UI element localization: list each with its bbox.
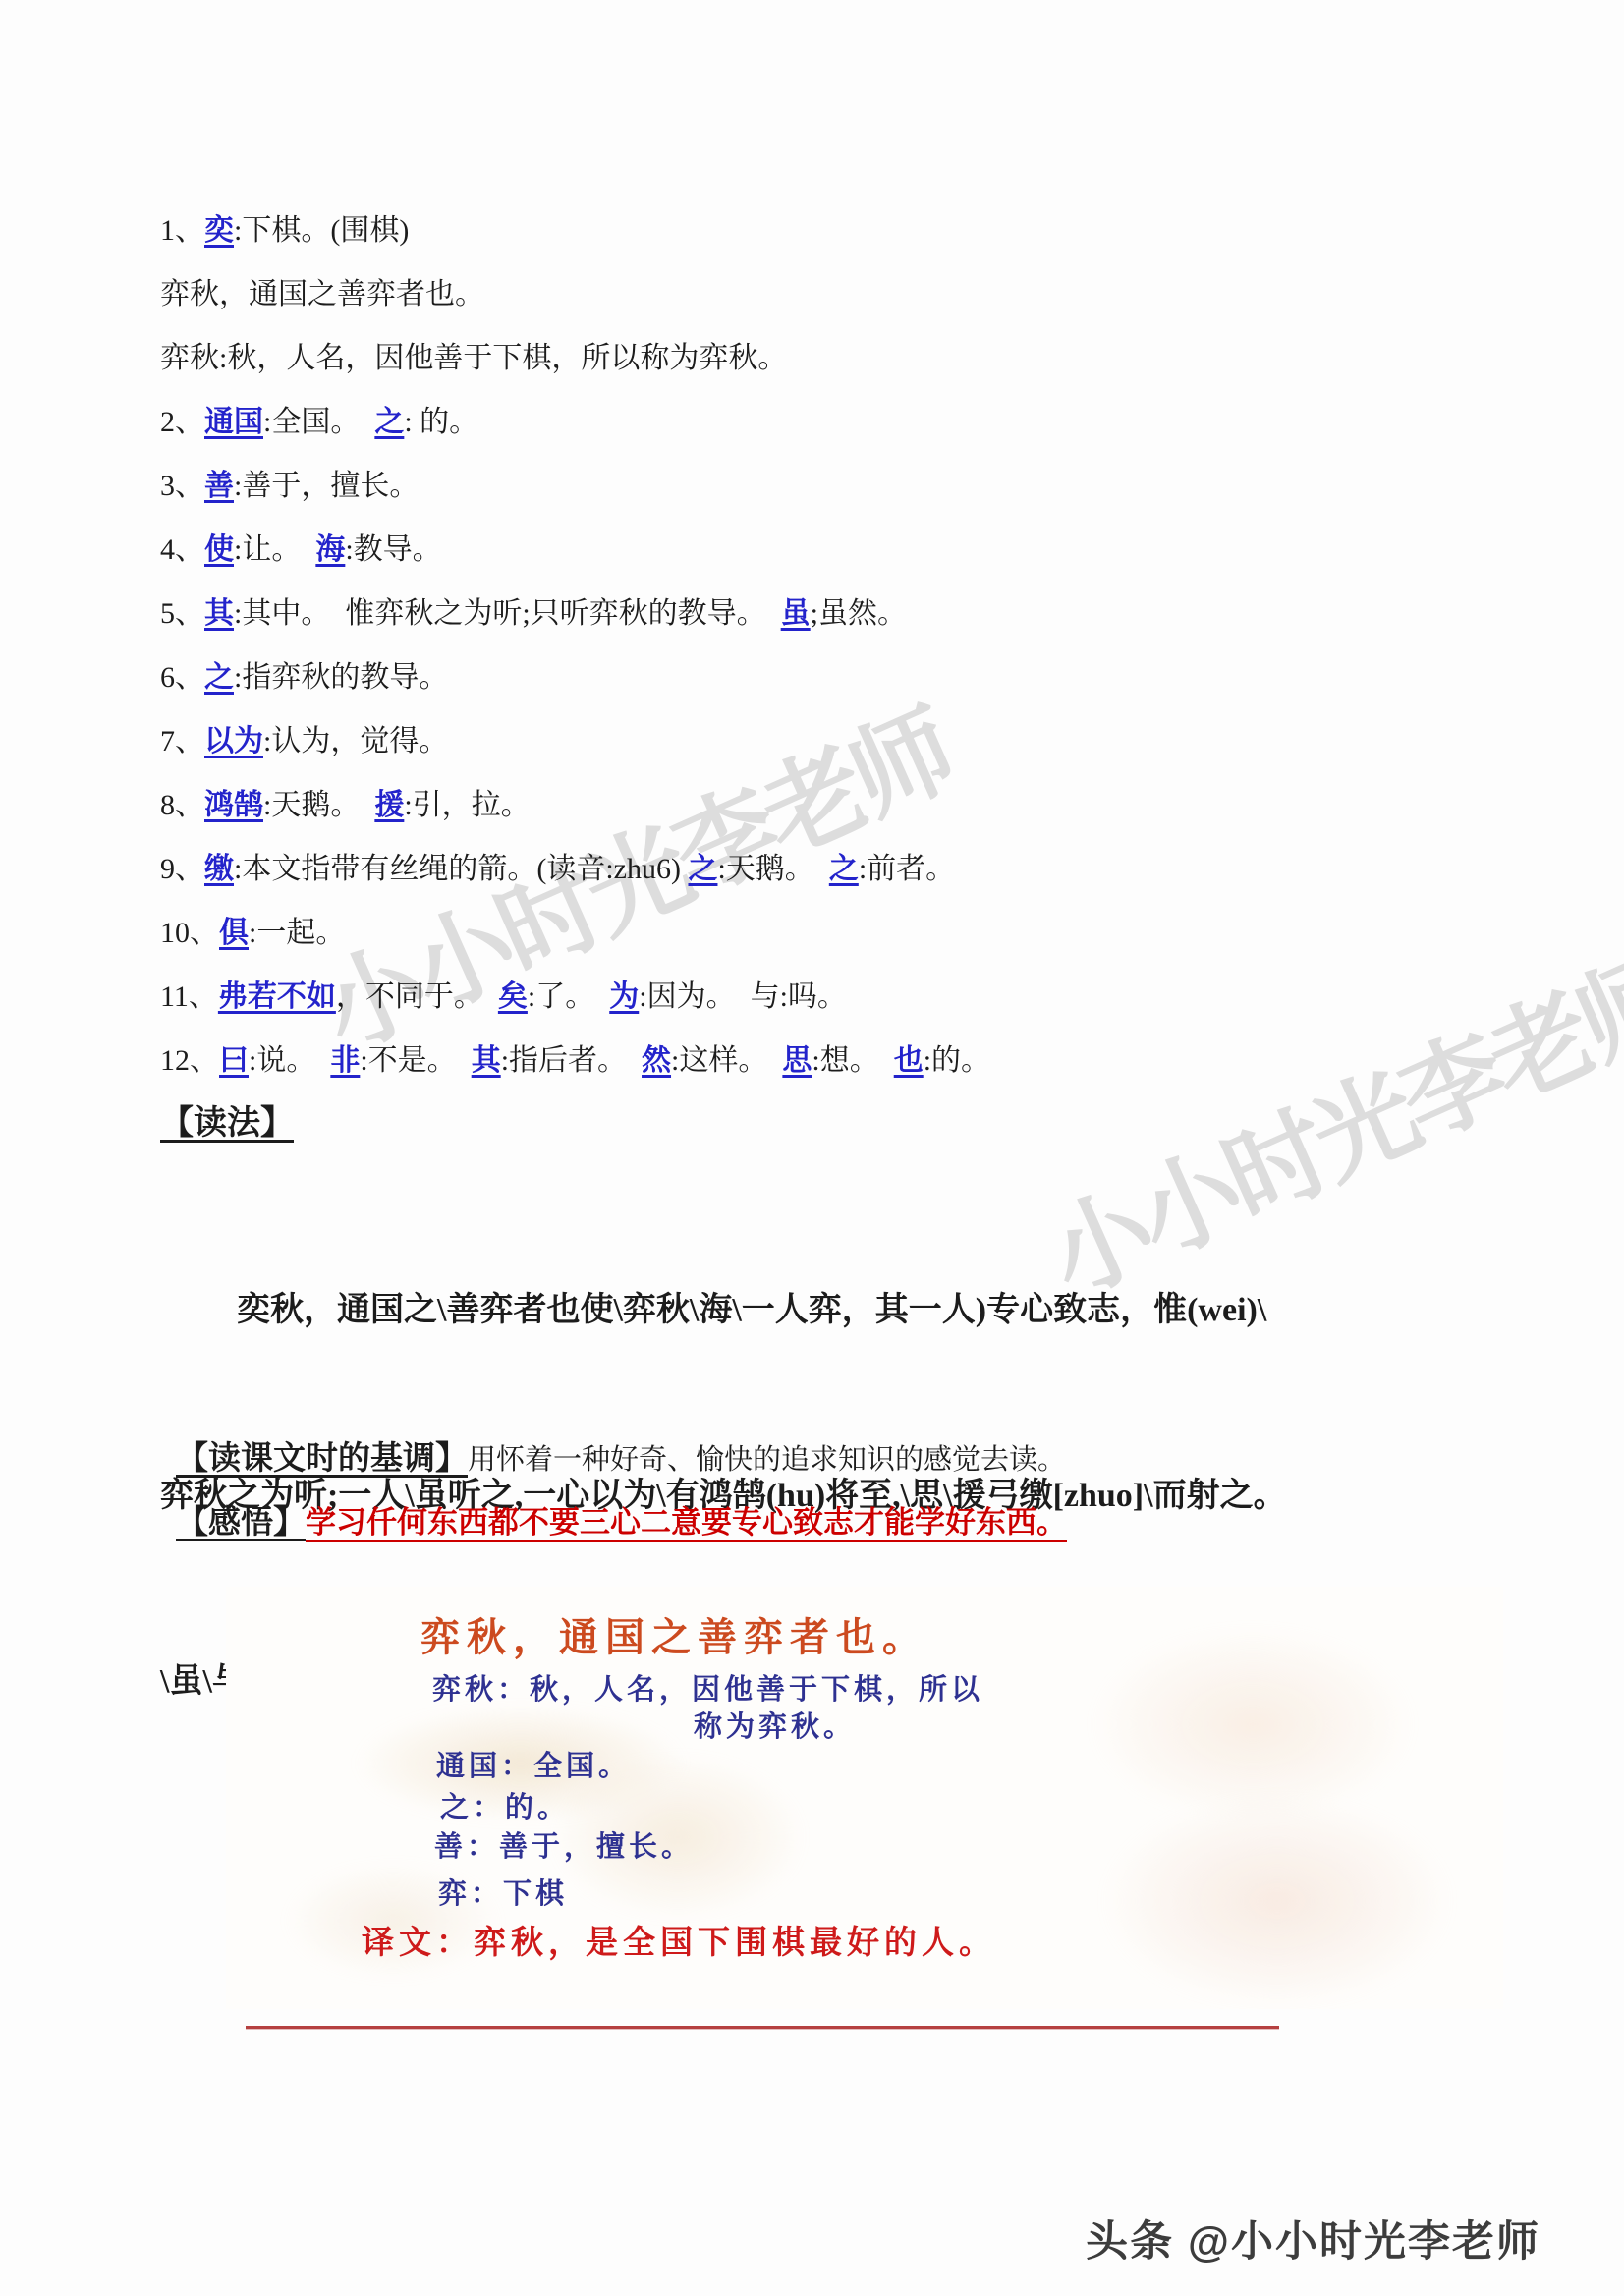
vocab-term: 鸿鹄 <box>204 780 263 823</box>
text-segment: 12、 <box>160 1036 219 1079</box>
vocab-term: 使 <box>204 525 234 568</box>
slide-note-line: 通国：全国。 <box>436 1744 631 1784</box>
vocab-term: 奕 <box>204 205 234 249</box>
text-segment: 2、 <box>160 397 204 440</box>
text-segment: ;虽然。 <box>811 588 907 632</box>
jidiao-label: 【读课文时的基调】 <box>176 1441 468 1477</box>
text-segment: :其中。 惟弈秋之为听;只听弈秋的教导。 <box>234 588 781 632</box>
vocab-line: 12、曰:说。 非:不是。 其:指后者。 然:这样。 思:想。 也:的。 <box>160 1025 1536 1089</box>
text-segment: :这样。 <box>671 1036 782 1079</box>
text-segment: 4、 <box>160 525 204 568</box>
text-segment: 9、 <box>160 844 204 887</box>
text-segment: 11、 <box>160 972 218 1015</box>
slide-note-line: 弈秋：秋，人名，因他善于下棋，所以 <box>432 1667 983 1708</box>
vocab-term: 俱 <box>219 908 249 951</box>
vocab-line: 10、俱:一起。 <box>160 897 1536 961</box>
vocab-line: 7、以为:认为，觉得。 <box>160 705 1536 769</box>
red-divider <box>246 2026 1279 2029</box>
text-segment: 弈秋，通国之善弈者也。 <box>160 269 484 312</box>
text-segment: :让。 <box>234 525 315 568</box>
vocab-line: 9、缴:本文指带有丝绳的箭。(读音:zhu6) 之:天鹅。 之:前者。 <box>160 833 1536 897</box>
vocab-term: 也 <box>894 1036 924 1079</box>
vocab-term: 以为 <box>204 716 263 759</box>
vocab-term: 通国 <box>204 397 263 440</box>
text-segment: :教导。 <box>345 525 441 568</box>
text-segment: :善于，擅长。 <box>234 461 419 504</box>
vocab-term: 之 <box>374 397 404 440</box>
vocab-line: 8、鸿鹄:天鹅。 援:引，拉。 <box>160 769 1536 833</box>
text-segment: : 的。 <box>404 397 478 440</box>
ganwu-label: 【感悟】 <box>176 1505 306 1540</box>
page: 小小时光李老师 小小时光李老师 1、奕:下棋。(围棋) 弈秋，通国之善弈者也。 … <box>0 0 1624 2296</box>
vocab-term: 为 <box>609 972 639 1015</box>
vocab-term: 其 <box>472 1036 501 1079</box>
dufa-heading: 【读法】 <box>160 1095 294 1144</box>
text-segment: :本文指带有丝绳的箭。(读音:zhu6) <box>234 844 688 887</box>
crane-decoration <box>1091 1626 1415 1822</box>
slide-note-line: 弈：下棋 <box>438 1872 568 1912</box>
slide-note-line: 善：善于，擅长。 <box>434 1824 694 1865</box>
slide-note-line: 之：的。 <box>440 1785 570 1825</box>
vocab-line: 弈秋，通国之善弈者也。 <box>160 258 1536 322</box>
jidiao-text: 用怀着一种好奇、愉快的追求知识的感觉去读。 <box>468 1444 1066 1476</box>
text-segment: :不是。 <box>360 1036 471 1079</box>
reading-line: 奕秋，通国之\善弈者也使\弈秋\海\一人弈，其一人)专心致志，惟(wei)\ <box>160 1279 1496 1341</box>
text-segment: :认为，觉得。 <box>263 716 448 759</box>
vocab-line: 2、通国:全国。 之: 的。 <box>160 386 1536 450</box>
slide-title: 弈秋，通国之善弈者也。 <box>420 1606 928 1662</box>
text-segment: :下棋。(围棋) <box>234 205 409 249</box>
text-segment: :前者。 <box>859 844 955 887</box>
vocab-section: 1、奕:下棋。(围棋) 弈秋，通国之善弈者也。 弈秋:秋，人名，因他善于下棋，所… <box>160 195 1536 1089</box>
text-segment: :指后者。 <box>501 1036 642 1079</box>
vocab-term: 弗若不如 <box>218 972 336 1015</box>
vocab-line: 1、奕:下棋。(围棋) <box>160 195 1536 258</box>
vocab-term: 然 <box>642 1036 671 1079</box>
vocab-term: 曰 <box>219 1036 249 1079</box>
vocab-term: 之 <box>204 652 234 696</box>
vocab-line: 4、使:让。 海:教导。 <box>160 514 1536 578</box>
text-segment: 7、 <box>160 716 204 759</box>
slide-translation: 译文：弈秋，是全国下围棋最好的人。 <box>362 1917 996 1963</box>
text-segment: 8、 <box>160 780 204 823</box>
vocab-line: 3、善:善于，擅长。 <box>160 450 1536 514</box>
text-segment: :一起。 <box>249 908 345 951</box>
text-segment: :的。 <box>924 1036 990 1079</box>
vocab-term: 矣 <box>498 972 528 1015</box>
text-segment: 弈秋:秋，人名，因他善于下棋，所以称为弈秋。 <box>160 333 787 376</box>
slide-note-line: 称为弈秋。 <box>694 1705 856 1745</box>
vocab-line: 6、之:指弈秋的教导。 <box>160 642 1536 705</box>
cloud-decoration <box>1100 1793 1454 2009</box>
vocab-term: 善 <box>204 461 234 504</box>
vocab-term: 思 <box>782 1036 812 1079</box>
text-segment: 6、 <box>160 652 204 696</box>
vocab-term: 缴 <box>204 844 234 887</box>
text-segment: :说。 <box>249 1036 330 1079</box>
vocab-term: 援 <box>374 780 404 823</box>
text-segment: 5、 <box>160 588 204 632</box>
vocab-term: 之 <box>688 844 717 887</box>
vocab-line: 弈秋:秋，人名，因他善于下棋，所以称为弈秋。 <box>160 322 1536 386</box>
vocab-term: 其 <box>204 588 234 632</box>
vocab-term: 之 <box>829 844 859 887</box>
vocab-term: 非 <box>330 1036 360 1079</box>
text-segment: :指弈秋的教导。 <box>234 652 448 696</box>
text-segment: :全国。 <box>263 397 374 440</box>
text-segment: 10、 <box>160 908 219 951</box>
text-segment: :因为。 与:吗。 <box>639 972 847 1015</box>
text-segment: ，不同于。 <box>336 972 498 1015</box>
footer-watermark: 头条 @小小时光李老师 <box>1086 2209 1540 2268</box>
vocab-term: 虽 <box>781 588 811 632</box>
ganwu-line: 【感悟】学习仟何东西都不要三心二意要专心致志才能学好东西。 <box>160 1479 1067 1560</box>
vocab-term: 海 <box>315 525 345 568</box>
text-segment: :天鹅。 <box>263 780 374 823</box>
text-segment: :引，拉。 <box>404 780 530 823</box>
text-segment: :天鹅。 <box>717 844 828 887</box>
text-segment: 3、 <box>160 461 204 504</box>
vocab-line: 5、其:其中。 惟弈秋之为听;只听弈秋的教导。 虽;虽然。 <box>160 578 1536 642</box>
text-segment: :想。 <box>812 1036 893 1079</box>
vocab-line: 11、弗若不如，不同于。 矣:了。 为:因为。 与:吗。 <box>160 961 1536 1025</box>
ganwu-text: 学习仟何东西都不要三心二意要专心致志才能学好东西。 <box>306 1505 1067 1540</box>
slide-image: 弈秋，通国之善弈者也。 弈秋：秋，人名，因他善于下棋，所以 称为弈秋。 通国：全… <box>226 1587 1503 2009</box>
text-segment: :了。 <box>528 972 609 1015</box>
text-segment: 1、 <box>160 205 204 249</box>
